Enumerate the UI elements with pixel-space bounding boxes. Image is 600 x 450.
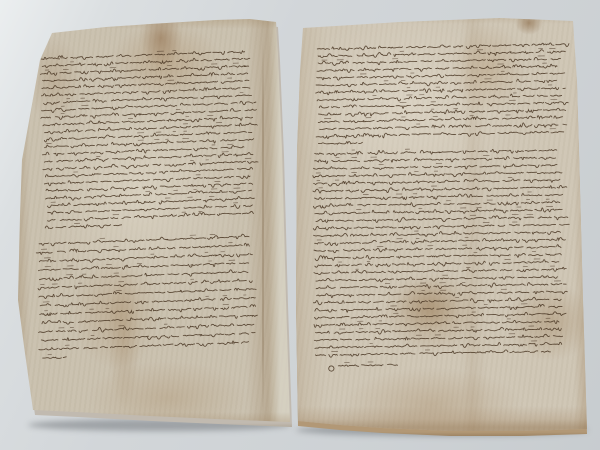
handwriting-svg <box>311 145 570 366</box>
manuscript-page-left <box>16 16 292 428</box>
ink-strokes <box>314 42 570 145</box>
handwriting-paragraph-right-2 <box>311 145 570 366</box>
handwriting-paragraph-right-1 <box>314 39 569 155</box>
manuscript-page-right <box>282 12 590 436</box>
ink-strokes <box>39 49 261 230</box>
abbreviation-marks <box>344 362 373 363</box>
handwriting-svg <box>329 360 413 377</box>
ink-strokes <box>329 364 398 371</box>
handwriting-svg <box>35 231 259 371</box>
handwriting-svg <box>38 46 261 239</box>
fold-crease-left-leaf <box>262 40 264 418</box>
handwriting-paragraph-left-2 <box>35 231 259 371</box>
handwriting-svg <box>314 39 569 155</box>
handwriting-paragraph-left-1 <box>38 46 261 239</box>
docket-note <box>329 360 413 377</box>
ink-strokes <box>35 234 259 359</box>
abbreviation-marks <box>315 147 562 352</box>
manuscript-photo <box>0 0 600 450</box>
